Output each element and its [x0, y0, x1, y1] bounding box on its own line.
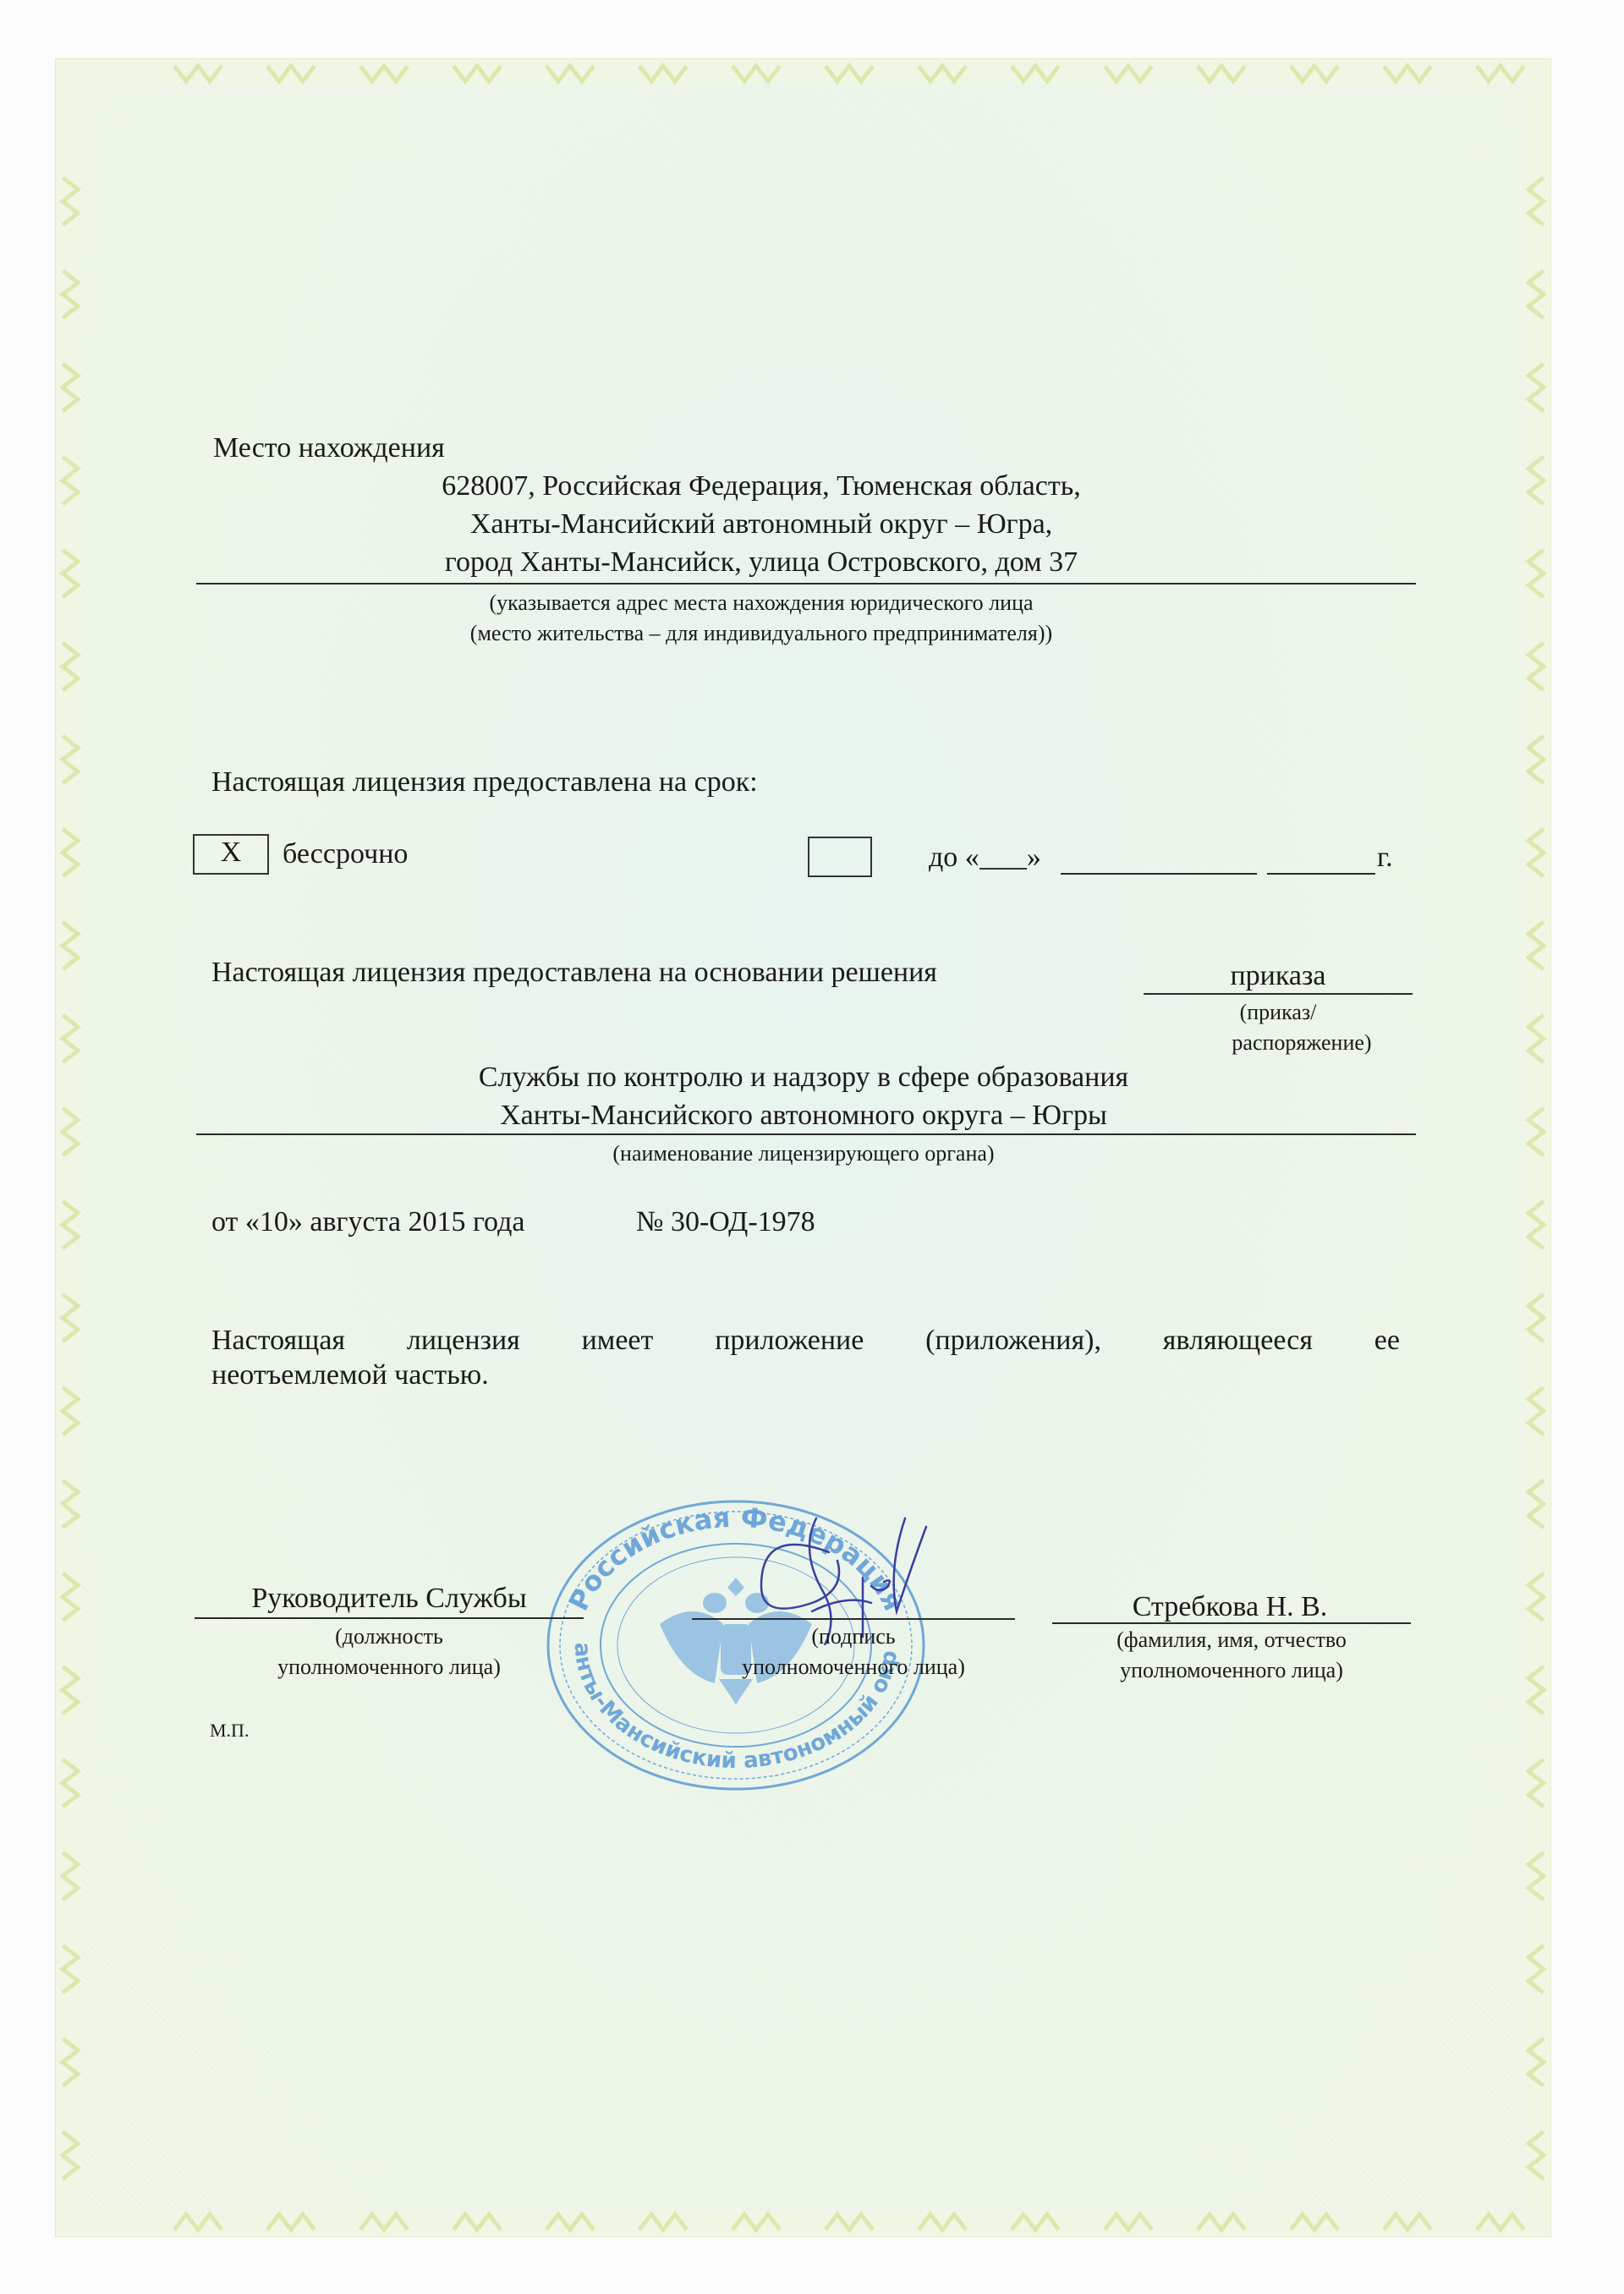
signature-underline	[692, 1618, 1015, 1620]
until-year-suffix: г.	[1377, 841, 1393, 875]
until-prefix: до «»	[929, 841, 1041, 875]
until-day-blank[interactable]	[979, 842, 1027, 870]
appendix-text-line-2: неотъемлемой частью.	[211, 1358, 489, 1392]
term-label: Настоящая лицензия предоставлена на срок…	[211, 766, 758, 799]
name-underline	[1052, 1622, 1411, 1624]
indefinite-checkbox[interactable]: X	[193, 834, 269, 875]
basis-underline	[1144, 993, 1413, 995]
decision-number: № 30-ОД-1978	[636, 1205, 815, 1239]
address-line-3: город Ханты-Мансийск, улица Островского,…	[355, 546, 1167, 579]
basis-value: приказа	[1144, 959, 1413, 993]
address-hint-1: (указывается адрес места нахождения юрид…	[355, 589, 1167, 617]
basis-label: Настоящая лицензия предоставлена на осно…	[211, 956, 937, 990]
appendix-text-line-1: Настоящая лицензия имеет приложение (при…	[211, 1324, 1400, 1358]
address-hint-2: (место жительства – для индивидуального …	[355, 619, 1167, 648]
until-suffix-text: »	[1027, 842, 1041, 873]
seal-place-label: М.П.	[210, 1719, 249, 1742]
authority-line-2: Ханты-Мансийского автономного округа – Ю…	[355, 1099, 1252, 1133]
signature-hint-2: уполномоченного лица)	[692, 1653, 1015, 1682]
address-underline	[196, 583, 1416, 584]
address-line-2: Ханты-Мансийский автономный округ – Югра…	[355, 508, 1167, 541]
until-month-blank[interactable]	[1061, 873, 1257, 875]
indefinite-label: бессрочно	[283, 837, 408, 871]
location-label: Место нахождения	[213, 431, 445, 465]
position-hint-1: (должность	[203, 1622, 575, 1651]
position-hint-2: уполномоченного лица)	[203, 1653, 575, 1682]
address-line-1: 628007, Российская Федерация, Тюменская …	[355, 469, 1167, 503]
signatory-position: Руководитель Службы	[203, 1582, 575, 1616]
name-hint-2: уполномоченного лица)	[1052, 1656, 1411, 1685]
position-underline	[195, 1617, 584, 1619]
until-prefix-text: до «	[929, 842, 979, 873]
basis-hint-1: (приказ/	[1144, 998, 1413, 1027]
authority-underline	[196, 1133, 1416, 1135]
signature-hint-1: (подпись	[692, 1622, 1015, 1651]
authority-hint: (наименование лицензирующего органа)	[355, 1139, 1252, 1168]
until-checkbox[interactable]	[808, 837, 872, 877]
signatory-name: Стребкова Н. В.	[1052, 1590, 1407, 1624]
until-year-blank[interactable]	[1267, 873, 1375, 875]
authority-line-1: Службы по контролю и надзору в сфере обр…	[355, 1061, 1252, 1095]
decision-date: от «10» августа 2015 года	[211, 1205, 524, 1239]
basis-hint-2: распоряжение)	[1167, 1029, 1436, 1057]
name-hint-1: (фамилия, имя, отчество	[1052, 1626, 1411, 1655]
